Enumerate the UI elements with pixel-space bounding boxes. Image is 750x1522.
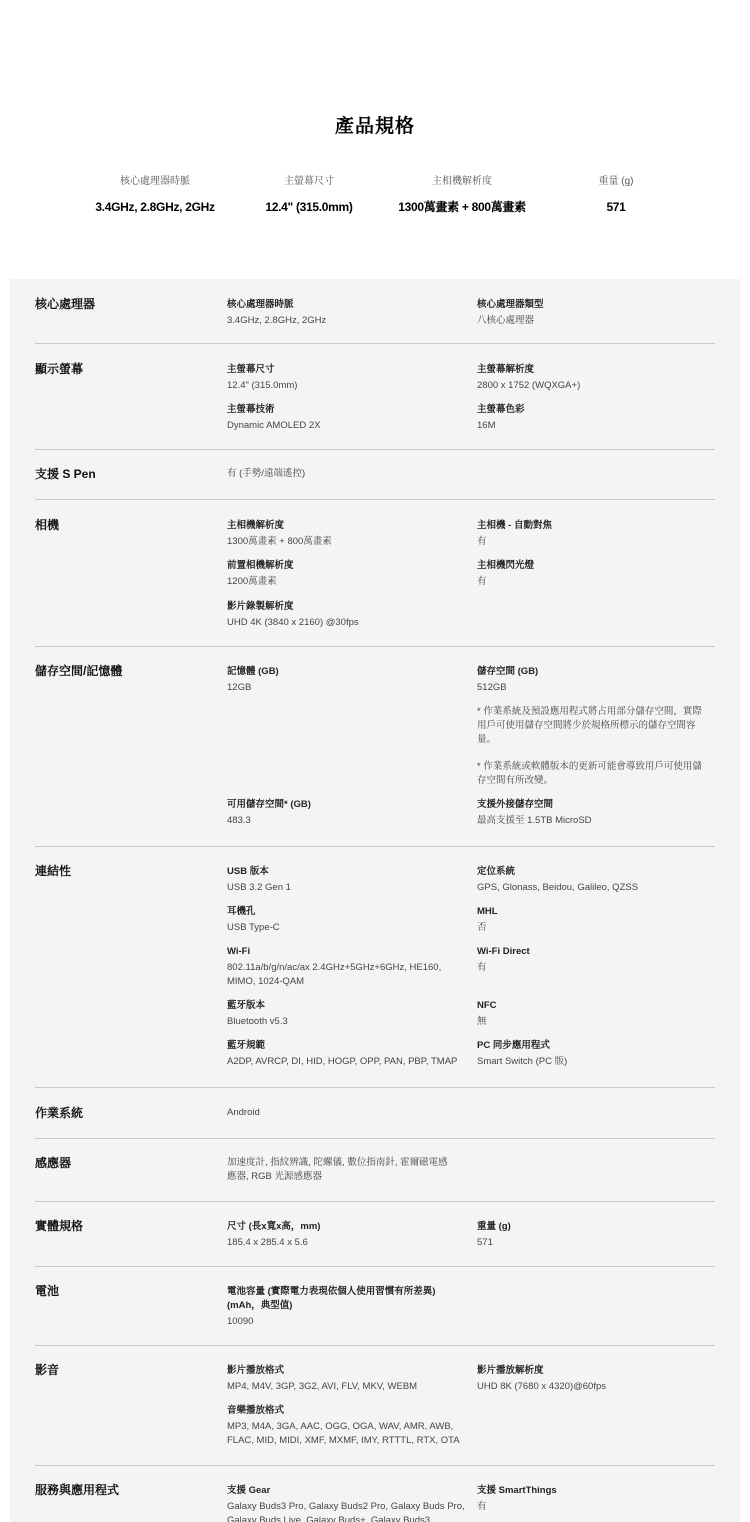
highlight-camera-resolution: 主相機解析度 1300萬畫素 + 800萬畫素 bbox=[372, 175, 552, 215]
spec-value: 2800 x 1752 (WQXGA+) bbox=[477, 379, 707, 393]
spec-value: 12.4" (315.0mm) bbox=[227, 379, 457, 393]
spec-item: 藍牙版本 Bluetooth v5.3 bbox=[227, 999, 457, 1029]
spec-item: 藍牙規範 A2DP, AVRCP, DI, HID, HOGP, OPP, PA… bbox=[227, 1039, 467, 1069]
spec-item: 重量 (g) 571 bbox=[477, 1220, 707, 1250]
spec-value: 185.4 x 285.4 x 5.6 bbox=[227, 1236, 457, 1250]
spec-value: 3.4GHz, 2.8GHz, 2GHz bbox=[227, 314, 457, 328]
spec-value: 加速度計, 指紋辨識, 陀螺儀, 數位指南針, 霍爾磁電感應器, RGB 光源感… bbox=[227, 1156, 457, 1184]
spec-title: Wi-Fi Direct bbox=[477, 945, 707, 959]
spec-value: 1200萬畫素 bbox=[227, 575, 457, 589]
category-label: 作業系統 bbox=[35, 1105, 83, 1121]
spec-title: 主螢幕尺寸 bbox=[227, 363, 457, 377]
spec-item: 主相機閃光燈 有 bbox=[477, 559, 707, 589]
spec-value: 有 (手勢/遠端遙控) bbox=[227, 467, 457, 481]
spec-item: 支援外接儲存空間 最高支援至 1.5TB MicroSD bbox=[477, 798, 707, 828]
spec-title: 支援外接儲存空間 bbox=[477, 798, 707, 812]
highlight-value: 3.4GHz, 2.8GHz, 2GHz bbox=[65, 199, 245, 215]
spec-value: A2DP, AVRCP, DI, HID, HOGP, OPP, PAN, PB… bbox=[227, 1055, 467, 1069]
highlight-cpu-speed: 核心處理器時脈 3.4GHz, 2.8GHz, 2GHz bbox=[65, 175, 245, 215]
spec-title: 主螢幕技術 bbox=[227, 403, 457, 417]
category-label: 支援 S Pen bbox=[35, 466, 96, 482]
spec-value: 有 bbox=[477, 961, 707, 975]
spec-title: 核心處理器類型 bbox=[477, 298, 707, 312]
storage-note: * 作業系統及預設應用程式將占用部分儲存空間，實際用戶可使用儲存空間將少於規格所… bbox=[477, 705, 707, 747]
spec-value: UHD 4K (3840 x 2160) @30fps bbox=[227, 616, 457, 630]
category-label: 相機 bbox=[35, 517, 59, 533]
spec-value: 有 bbox=[477, 1500, 707, 1514]
spec-value: 571 bbox=[477, 1236, 707, 1250]
spec-item: 影片錄製解析度 UHD 4K (3840 x 2160) @30fps bbox=[227, 600, 457, 630]
spec-value: 八核心處理器 bbox=[477, 314, 707, 328]
spec-item: 支援 Gear Galaxy Buds3 Pro, Galaxy Buds2 P… bbox=[227, 1484, 467, 1522]
divider bbox=[35, 1266, 715, 1267]
divider bbox=[35, 1138, 715, 1139]
page-title: 產品規格 bbox=[0, 111, 750, 138]
spec-title: 尺寸 (長x寬x高，mm) bbox=[227, 1220, 457, 1234]
highlight-label: 重量 (g) bbox=[526, 175, 706, 189]
spec-title: 前置相機解析度 bbox=[227, 559, 457, 573]
category-label: 核心處理器 bbox=[35, 296, 95, 312]
category-label: 服務與應用程式 bbox=[35, 1482, 119, 1498]
spec-item: 主螢幕解析度 2800 x 1752 (WQXGA+) bbox=[477, 363, 707, 393]
spec-item: 主相機 - 自動對焦 有 bbox=[477, 519, 707, 549]
spec-item: MHL 否 bbox=[477, 905, 707, 935]
category-label: 連結性 bbox=[35, 863, 71, 879]
spec-item: 儲存空間 (GB) 512GB bbox=[477, 665, 707, 695]
category-label: 實體規格 bbox=[35, 1218, 83, 1234]
spec-title: 主螢幕色彩 bbox=[477, 403, 707, 417]
spec-panel: 核心處理器 核心處理器時脈 3.4GHz, 2.8GHz, 2GHz 核心處理器… bbox=[10, 279, 740, 1522]
spec-value: 否 bbox=[477, 921, 707, 935]
highlight-value: 571 bbox=[526, 199, 706, 215]
spec-value: Android bbox=[227, 1106, 457, 1120]
spec-highlights: 核心處理器時脈 3.4GHz, 2.8GHz, 2GHz 主螢幕尺寸 12.4"… bbox=[0, 175, 750, 215]
storage-note: * 作業系統或軟體版本的更新可能會導致用戶可使用儲存空間有所改變。 bbox=[477, 760, 707, 788]
spec-item: 定位系統 GPS, Glonass, Beidou, Galileo, QZSS bbox=[477, 865, 707, 895]
spec-item: 核心處理器類型 八核心處理器 bbox=[477, 298, 707, 328]
spec-item: 主螢幕技術 Dynamic AMOLED 2X bbox=[227, 403, 457, 433]
spec-value: 有 bbox=[477, 535, 707, 549]
spec-item: Android bbox=[227, 1106, 457, 1120]
spec-item: USB 版本 USB 3.2 Gen 1 bbox=[227, 865, 457, 895]
spec-value: Galaxy Buds3 Pro, Galaxy Buds2 Pro, Gala… bbox=[227, 1500, 467, 1522]
spec-title: MHL bbox=[477, 905, 707, 919]
spec-title: 耳機孔 bbox=[227, 905, 457, 919]
spec-value: 802.11a/b/g/n/ac/ax 2.4GHz+5GHz+6GHz, HE… bbox=[227, 961, 467, 989]
spec-title: 重量 (g) bbox=[477, 1220, 707, 1234]
spec-value: 16M bbox=[477, 419, 707, 433]
spec-title: 主相機閃光燈 bbox=[477, 559, 707, 573]
spec-title: 儲存空間 (GB) bbox=[477, 665, 707, 679]
spec-value: Dynamic AMOLED 2X bbox=[227, 419, 457, 433]
spec-item: 主相機解析度 1300萬畫素 + 800萬畫素 bbox=[227, 519, 457, 549]
highlight-label: 主相機解析度 bbox=[372, 175, 552, 189]
spec-title: PC 同步應用程式 bbox=[477, 1039, 707, 1053]
spec-title: 主相機 - 自動對焦 bbox=[477, 519, 707, 533]
spec-title: 支援 Gear bbox=[227, 1484, 467, 1498]
spec-value: UHD 8K (7680 x 4320)@60fps bbox=[477, 1380, 707, 1394]
spec-title: 影片播放格式 bbox=[227, 1364, 457, 1378]
spec-value: GPS, Glonass, Beidou, Galileo, QZSS bbox=[477, 881, 707, 895]
spec-value: 無 bbox=[477, 1015, 707, 1029]
highlight-value: 1300萬畫素 + 800萬畫素 bbox=[372, 199, 552, 215]
spec-title: 電池容量 (實際電力表現依個人使用習慣有所差異) (mAh，典型值) bbox=[227, 1285, 467, 1313]
spec-item: 電池容量 (實際電力表現依個人使用習慣有所差異) (mAh，典型值) 10090 bbox=[227, 1285, 467, 1329]
spec-title: 主相機解析度 bbox=[227, 519, 457, 533]
spec-item: 主螢幕尺寸 12.4" (315.0mm) bbox=[227, 363, 457, 393]
divider bbox=[35, 1087, 715, 1088]
spec-value: MP4, M4V, 3GP, 3G2, AVI, FLV, MKV, WEBM bbox=[227, 1380, 457, 1394]
spec-item: PC 同步應用程式 Smart Switch (PC 版) bbox=[477, 1039, 707, 1069]
spec-value: 最高支援至 1.5TB MicroSD bbox=[477, 814, 707, 828]
spec-item: Wi-Fi 802.11a/b/g/n/ac/ax 2.4GHz+5GHz+6G… bbox=[227, 945, 467, 989]
spec-item: 加速度計, 指紋辨識, 陀螺儀, 數位指南針, 霍爾磁電感應器, RGB 光源感… bbox=[227, 1156, 457, 1184]
spec-value: USB 3.2 Gen 1 bbox=[227, 881, 457, 895]
spec-item: 耳機孔 USB Type-C bbox=[227, 905, 457, 935]
category-label: 儲存空間/記憶體 bbox=[35, 663, 122, 679]
spec-title: USB 版本 bbox=[227, 865, 457, 879]
spec-value: 10090 bbox=[227, 1315, 467, 1329]
spec-value: Smart Switch (PC 版) bbox=[477, 1055, 707, 1069]
spec-title: 記憶體 (GB) bbox=[227, 665, 457, 679]
divider bbox=[35, 343, 715, 344]
category-label: 電池 bbox=[35, 1283, 59, 1299]
spec-title: 藍牙版本 bbox=[227, 999, 457, 1013]
highlight-label: 核心處理器時脈 bbox=[65, 175, 245, 189]
divider bbox=[35, 1465, 715, 1466]
category-label: 感應器 bbox=[35, 1155, 71, 1171]
spec-item: 核心處理器時脈 3.4GHz, 2.8GHz, 2GHz bbox=[227, 298, 457, 328]
divider bbox=[35, 646, 715, 647]
highlight-weight: 重量 (g) 571 bbox=[526, 175, 706, 215]
spec-item: 記憶體 (GB) 12GB bbox=[227, 665, 457, 695]
spec-title: 影片錄製解析度 bbox=[227, 600, 457, 614]
spec-item: 支援 SmartThings 有 bbox=[477, 1484, 707, 1514]
spec-value: MP3, M4A, 3GA, AAC, OGG, OGA, WAV, AMR, … bbox=[227, 1420, 467, 1448]
divider bbox=[35, 1345, 715, 1346]
spec-item: 音樂播放格式 MP3, M4A, 3GA, AAC, OGG, OGA, WAV… bbox=[227, 1404, 467, 1448]
spec-item: 有 (手勢/遠端遙控) bbox=[227, 467, 457, 481]
spec-item: NFC 無 bbox=[477, 999, 707, 1029]
divider bbox=[35, 499, 715, 500]
spec-item: 可用儲存空間* (GB) 483.3 bbox=[227, 798, 457, 828]
spec-item: 尺寸 (長x寬x高，mm) 185.4 x 285.4 x 5.6 bbox=[227, 1220, 457, 1250]
category-label: 影音 bbox=[35, 1362, 59, 1378]
spec-value: 512GB bbox=[477, 681, 707, 695]
spec-title: 音樂播放格式 bbox=[227, 1404, 467, 1418]
spec-value: 1300萬畫素 + 800萬畫素 bbox=[227, 535, 457, 549]
spec-title: NFC bbox=[477, 999, 707, 1013]
spec-item: 前置相機解析度 1200萬畫素 bbox=[227, 559, 457, 589]
spec-value: 483.3 bbox=[227, 814, 457, 828]
divider bbox=[35, 449, 715, 450]
spec-title: 影片播放解析度 bbox=[477, 1364, 707, 1378]
spec-value: 有 bbox=[477, 575, 707, 589]
spec-item: 主螢幕色彩 16M bbox=[477, 403, 707, 433]
spec-item: 影片播放解析度 UHD 8K (7680 x 4320)@60fps bbox=[477, 1364, 707, 1394]
spec-title: 定位系統 bbox=[477, 865, 707, 879]
spec-value: USB Type-C bbox=[227, 921, 457, 935]
spec-title: 支援 SmartThings bbox=[477, 1484, 707, 1498]
divider bbox=[35, 1201, 715, 1202]
spec-title: Wi-Fi bbox=[227, 945, 467, 959]
spec-item: 影片播放格式 MP4, M4V, 3GP, 3G2, AVI, FLV, MKV… bbox=[227, 1364, 457, 1394]
spec-value: 12GB bbox=[227, 681, 457, 695]
spec-title: 主螢幕解析度 bbox=[477, 363, 707, 377]
category-label: 顯示螢幕 bbox=[35, 361, 83, 377]
spec-value: Bluetooth v5.3 bbox=[227, 1015, 457, 1029]
spec-title: 可用儲存空間* (GB) bbox=[227, 798, 457, 812]
spec-title: 核心處理器時脈 bbox=[227, 298, 457, 312]
divider bbox=[35, 846, 715, 847]
spec-item: Wi-Fi Direct 有 bbox=[477, 945, 707, 975]
spec-title: 藍牙規範 bbox=[227, 1039, 467, 1053]
